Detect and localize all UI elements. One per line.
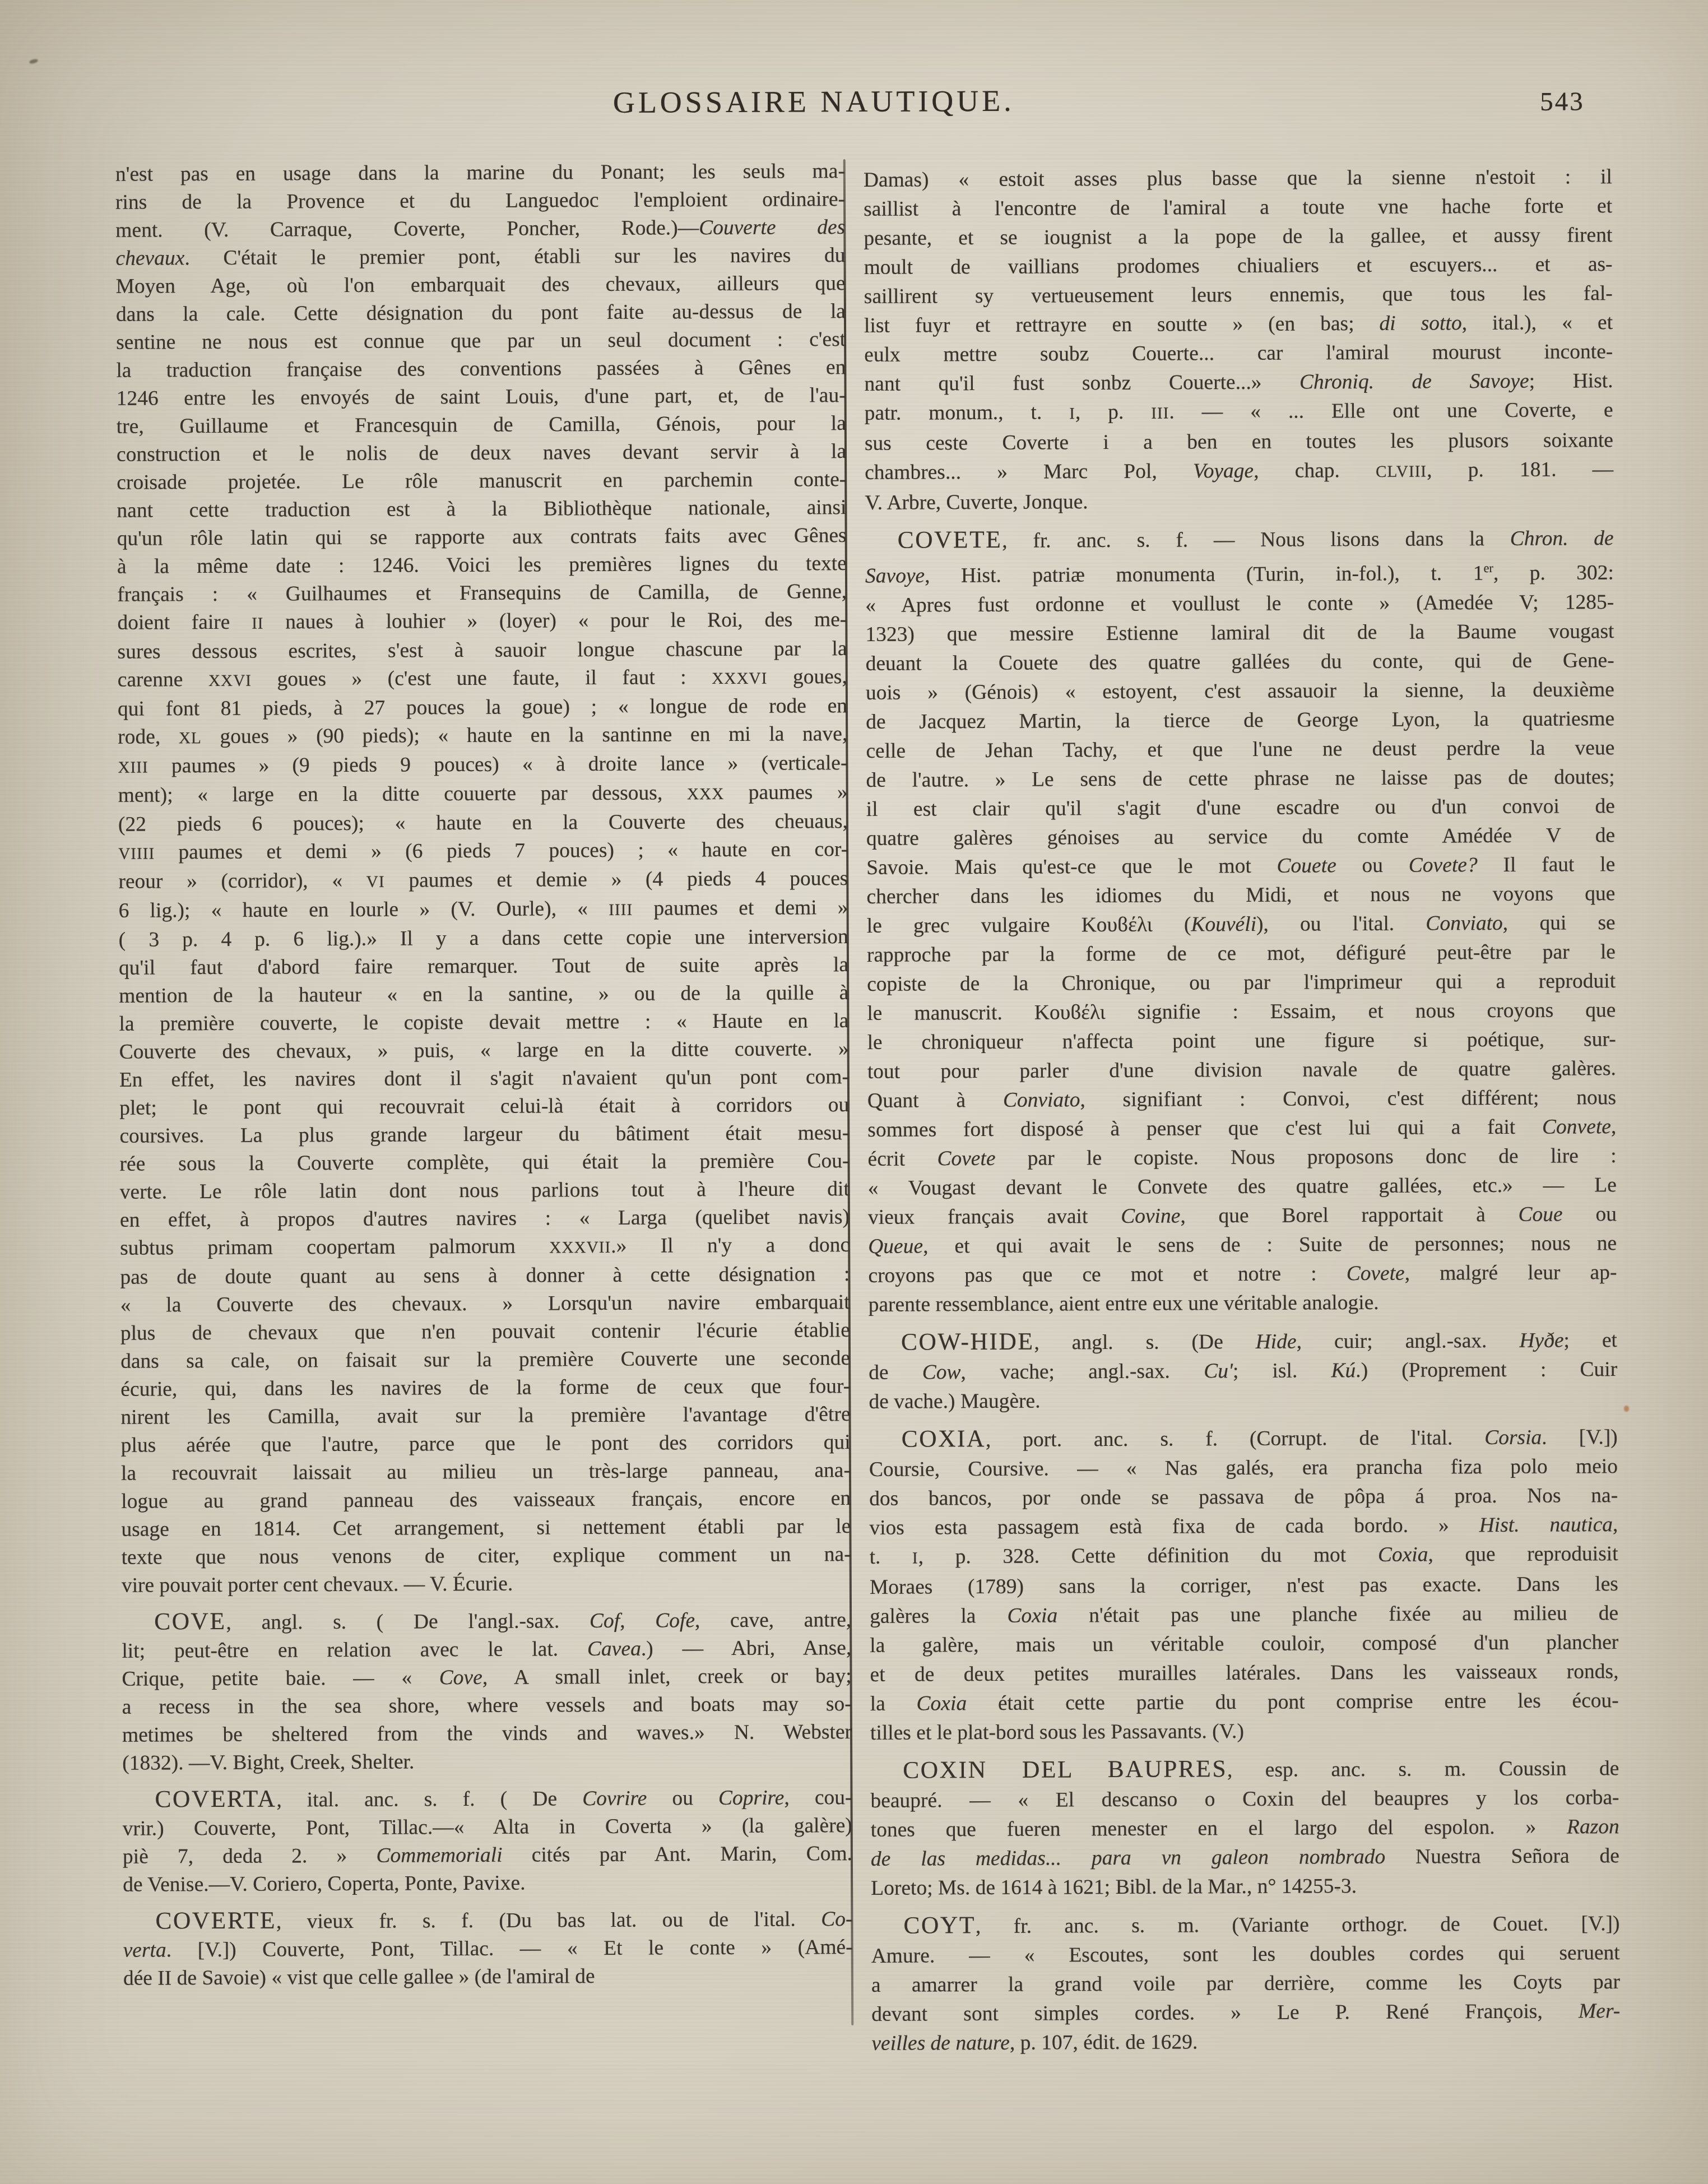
text-line: 6 lig.); « haute en lourle » (V. Ourle),… xyxy=(118,894,848,926)
text-line: de Jacquez Martin, la tierce de George L… xyxy=(866,704,1614,737)
entry-couverte-continuation: n'est pas en usage dans la marine du Pon… xyxy=(115,157,851,1600)
text-line: quatre galères génoises au service du co… xyxy=(866,821,1615,854)
entry-coverte-continuation: Damas) « estoit asses plus basse que la … xyxy=(864,163,1614,518)
text-line: doient faire II naues à louhier » (loyer… xyxy=(117,606,847,638)
text-line: de l'autre. » Le sens de cette phrase ne… xyxy=(866,763,1614,795)
text-line: ( 3 p. 4 p. 6 lig.).» Il y a dans cette … xyxy=(119,923,848,954)
text-line: nirent les Camilla, avait sur la premièr… xyxy=(120,1401,850,1432)
text-line: VIIII paumes et demi » (6 pieds 7 pouces… xyxy=(118,836,848,868)
text-line: (1832). —V. Bight, Creek, Shelter. xyxy=(122,1746,852,1778)
text-line: Amure. — « Escoutes, sont les doubles co… xyxy=(871,1939,1620,1971)
text-line: le grec vulgaire Κουϐέλι (Kouvéli), ou l… xyxy=(867,908,1616,941)
text-line: COVERTA, ital. anc. s. f. ( De Covrire o… xyxy=(122,1782,852,1815)
entry-coverte: COVERTE, vieux fr. s. f. (Du bas lat. ou… xyxy=(123,1904,853,1993)
text-line: la traduction française des conventions … xyxy=(116,354,846,385)
text-line: dans sa cale, on faisait sur la première… xyxy=(120,1344,850,1376)
text-line: dée II de Savoie) « vist que celle galle… xyxy=(123,1962,853,1993)
text-line: de vache.) Maugère. xyxy=(869,1384,1617,1417)
text-line: qu'il faut d'abord faire remarquer. Tout… xyxy=(119,951,848,982)
text-line: verta. [V.]) Couverte, Pont, Tillac. — «… xyxy=(123,1933,853,1965)
text-line: croisade projetée. Le rôle manuscrit en … xyxy=(117,466,846,497)
text-line: vire pouvait porter cent chevaux. — V. É… xyxy=(122,1569,851,1600)
text-line: Couverte des chevaux, » puis, « large en… xyxy=(119,1035,849,1067)
text-line: COVETE, fr. anc. s. f. — Nous lisons dan… xyxy=(865,522,1614,557)
text-line: lit; peut-être en relation avec le lat. … xyxy=(122,1634,851,1666)
text-line: de Cow, vache; angl.-sax. Cu'; isl. Kú.)… xyxy=(869,1355,1617,1388)
text-line: Queue, et qui avait le sens de : Suite d… xyxy=(868,1229,1617,1262)
text-line: nant qu'il fust sonbz Couerte...» Chroni… xyxy=(864,367,1613,399)
text-line: de Venise.—V. Coriero, Coperta, Ponte, P… xyxy=(123,1868,852,1899)
text-line: « Vougast devant le Convete des quatre g… xyxy=(868,1171,1617,1203)
text-line: COW-HIDE, angl. s. (De Hide, cuir; angl.… xyxy=(869,1324,1617,1358)
text-line: la galère, mais un véritable couloir, co… xyxy=(870,1628,1618,1661)
entry-coxia: COXIA, port. anc. s. f. (Corrupt. de l'i… xyxy=(869,1421,1619,1748)
entry-coxin-del-baupres: COXIN DEL BAUPRES, esp. anc. s. m. Couss… xyxy=(870,1752,1619,1903)
text-line: sentine ne nous est connue que par un se… xyxy=(116,326,846,357)
text-line: qui font 81 pieds, à 27 pouces la goue) … xyxy=(118,692,847,724)
text-line: nant cette traduction est à la Bibliothè… xyxy=(117,494,846,525)
scanned-page: GLOSSAIRE NAUTIQUE. 543 n'est pas en usa… xyxy=(0,0,1708,2184)
text-line: plet; le pont qui recouvrait celui-là ét… xyxy=(119,1091,849,1123)
text-line: Savoie. Mais qu'est-ce que le mot Couete… xyxy=(866,850,1615,883)
text-line: a recess in the sea shore, where vessels… xyxy=(122,1690,852,1722)
text-line: subtus primam coopertam palmorum XXXVII.… xyxy=(120,1231,850,1264)
text-line: vrir.) Couverte, Pont, Tillac.—« Alta in… xyxy=(123,1812,852,1843)
text-line: de las medidas... para vn galeon nombrad… xyxy=(871,1842,1619,1874)
text-line: coursives. La plus grande largeur du bât… xyxy=(119,1119,849,1151)
text-line: Quant à Conviato, signifiant : Convoi, c… xyxy=(867,1083,1616,1116)
text-line: sus ceste Coverte i a ben en toutes les … xyxy=(865,426,1613,458)
text-line: usage en 1814. Cet arrangement, si nette… xyxy=(121,1513,851,1544)
text-line: celle de Jehan Tachy, et que l'une ne de… xyxy=(866,734,1614,766)
text-line: écurie, qui, dans les navires de la form… xyxy=(120,1372,850,1404)
text-line: sommes fort disposé à penser que c'est l… xyxy=(867,1112,1616,1145)
text-line: list fuyr et rettrayre en soutte » (en b… xyxy=(864,308,1613,341)
text-line: croyons pas que ce mot et notre : Covete… xyxy=(868,1258,1617,1291)
text-line: tones que fueren menester en el largo de… xyxy=(871,1812,1619,1845)
text-line: qu'un rôle latin qui se rapporte aux con… xyxy=(117,522,847,553)
text-line: Moraes (1789) sans la corriger, n'est pa… xyxy=(870,1570,1618,1602)
text-line: En effet, les navires dont il s'agit n'a… xyxy=(119,1063,849,1095)
text-line: construction et le nolis de deux naves d… xyxy=(117,438,846,469)
text-line: dos bancos, por onde se passava de pôpa … xyxy=(869,1481,1618,1514)
text-line: vieux français avait Covine, que Borel r… xyxy=(868,1200,1617,1232)
text-line: deuant la Couete des quatre gallées du c… xyxy=(866,646,1614,679)
text-line: Loreto; Ms. de 1614 à 1621; Bibl. de la … xyxy=(871,1871,1619,1903)
text-line: il est clair qu'il s'agit d'une escadre … xyxy=(866,792,1615,824)
text-line: Moyen Age, où l'on embarquait des chevau… xyxy=(116,270,846,301)
text-line: verte. Le rôle latin dont nous parlions … xyxy=(120,1175,850,1207)
text-line: metimes be sheltered from the vinds and … xyxy=(122,1718,852,1750)
text-line: chercher dans les idiomes du Midi, et no… xyxy=(866,879,1615,912)
text-line: a amarrer la grand voile par derrière, c… xyxy=(871,1968,1620,2000)
text-line: XIII paumes » (9 pieds 9 pouces) « à dro… xyxy=(118,749,847,782)
text-line: saillirent sy vertueusement leurs ennemi… xyxy=(864,279,1613,312)
text-line: ment. (V. Carraque, Coverte, Poncher, Ro… xyxy=(115,214,845,245)
text-line: rode, XL goues » (90 pieds); « haute en … xyxy=(118,720,847,753)
text-line: n'est pas en usage dans la marine du Pon… xyxy=(115,157,845,189)
text-line: parente ressemblance, aient entre eux un… xyxy=(869,1287,1617,1320)
text-line: dans la cale. Cette désignation du pont … xyxy=(116,298,846,329)
text-line: rapproche par la forme de ce mot, défigu… xyxy=(867,938,1616,970)
text-line: 1323) que messire Estienne lamiral dit d… xyxy=(865,617,1614,650)
text-line: saillist à l'encontre de l'amiral a tout… xyxy=(864,192,1612,224)
text-line: la Coxia était cette partie du pont comp… xyxy=(870,1686,1619,1719)
page-number: 543 xyxy=(1540,86,1585,117)
text-line: plus de chevaux que n'en pouvait conteni… xyxy=(120,1316,850,1348)
text-line: V. Arbre, Cuverte, Jonque. xyxy=(865,485,1613,518)
text-line: sures dessous escrites, s'est à sauoir l… xyxy=(117,635,847,666)
text-line: Crique, petite baie. — « Cove, A small i… xyxy=(122,1662,851,1694)
entry-covete: COVETE, fr. anc. s. f. — Nous lisons dan… xyxy=(865,522,1617,1319)
text-line: français : « Guilhaumes et Fransequins d… xyxy=(117,578,847,609)
text-line: uois » (Génois) « estoyent, c'est assauo… xyxy=(866,675,1614,708)
text-line: « la Couverte des chevaux. » Lorsqu'un n… xyxy=(120,1288,850,1320)
text-line: eulx mettre soubz Couerte... car l'amira… xyxy=(864,337,1613,370)
text-line: (22 pieds 6 pouces); « haute en la Couve… xyxy=(118,808,848,839)
running-title: GLOSSAIRE NAUTIQUE. xyxy=(0,81,1632,123)
text-line: mention de la hauteur « en la santine, »… xyxy=(119,979,848,1010)
text-line: piè 7, deda 2. » Commemoriali cités par … xyxy=(123,1840,852,1871)
text-line: chevaux. C'était le premier pont, établi… xyxy=(115,242,845,273)
page-content: GLOSSAIRE NAUTIQUE. 543 n'est pas en usa… xyxy=(0,0,1708,2184)
text-line: Savoye, Hist. patriæ monumenta (Turin, i… xyxy=(865,553,1614,591)
text-line: la première couverte, le copiste devait … xyxy=(119,1007,848,1038)
text-line: la recouvrait laissait au milieu un très… xyxy=(121,1457,851,1488)
text-line: carenne XXVI goues » (c'est une faute, i… xyxy=(118,663,847,695)
text-line: en effet, à propos d'autres navires : « … xyxy=(120,1203,850,1235)
text-line: Coursie, Coursive. — « Nas galés, era pr… xyxy=(869,1452,1618,1485)
text-line: galères la Coxia n'était pas une planche… xyxy=(870,1599,1618,1631)
text-line: tout pour parler d'une division navale d… xyxy=(867,1054,1616,1087)
text-line: reour » (corridor), « VI paumes et demie… xyxy=(118,865,848,897)
text-line: moult de vaillians prodomes chiualiers e… xyxy=(864,250,1612,282)
entry-cove: COVE, angl. s. ( De l'angl.-sax. Cof, Co… xyxy=(122,1605,852,1778)
text-line: 1246 entre les envoyés de saint Louis, d… xyxy=(116,382,846,413)
text-line: tilles et le plat-bord sous les Passavan… xyxy=(870,1715,1619,1748)
text-line: COXIN DEL BAUPRES, esp. anc. s. m. Couss… xyxy=(870,1752,1619,1787)
text-line: COYT, fr. anc. s. m. (Variante orthogr. … xyxy=(871,1908,1619,1942)
text-line: le manuscrit. Κουϐέλι signifie : Essaim,… xyxy=(867,996,1616,1028)
text-line: pesante, et se iougnist a la pope de la … xyxy=(864,221,1612,253)
text-line: rée sous la Couverte complète, qui était… xyxy=(119,1147,849,1179)
entry-cow-hide: COW-HIDE, angl. s. (De Hide, cuir; angl.… xyxy=(869,1324,1618,1417)
text-line: Damas) « estoit asses plus basse que la … xyxy=(864,163,1612,195)
text-line: COVERTE, vieux fr. s. f. (Du bas lat. ou… xyxy=(123,1904,852,1937)
entry-coyt: COYT, fr. anc. s. m. (Variante orthogr. … xyxy=(871,1908,1620,2058)
text-line: plus aérée que l'autre, parce que le pon… xyxy=(121,1429,851,1460)
text-line: COXIA, port. anc. s. f. (Corrupt. de l'i… xyxy=(869,1421,1618,1455)
text-line: pas de doute quant au sens à donner à ce… xyxy=(120,1260,850,1292)
right-column: Damas) « estoit asses plus basse que la … xyxy=(864,163,1621,2058)
text-line: chambres... » Marc Pol, Voyage, chap. CL… xyxy=(865,455,1613,489)
text-line: écrit Covete par le copiste. Nous propos… xyxy=(867,1142,1616,1174)
text-line: t. I, p. 328. Cette définition du mot Co… xyxy=(870,1540,1618,1573)
text-line: « Apres fust ordonne et voullust le cont… xyxy=(865,588,1614,620)
text-line: et de deux petites murailles latérales. … xyxy=(870,1657,1618,1690)
text-line: beaupré. — « El descanso o Coxin del bea… xyxy=(870,1783,1619,1816)
text-line: le chroniqueur n'affecta point une figur… xyxy=(867,1025,1616,1058)
text-line: devant sont simples cordes. » Le P. René… xyxy=(871,1997,1620,2029)
text-line: patr. monum., t. I, p. III. — « ... Elle… xyxy=(865,396,1613,429)
text-line: texte que nous venons de citer, explique… xyxy=(122,1541,851,1572)
text-line: COVE, angl. s. ( De l'angl.-sax. Cof, Co… xyxy=(122,1605,851,1638)
text-line: ment); « large en la ditte couuerte par … xyxy=(118,778,848,811)
text-line: tre, Guillaume et Francesquin de Camilla… xyxy=(117,410,846,441)
text-line: rins de la Provence et du Languedoc l'em… xyxy=(115,186,845,217)
text-line: vios esta passagem està fixa de cada bor… xyxy=(869,1510,1618,1543)
entry-coverta: COVERTA, ital. anc. s. f. ( De Covrire o… xyxy=(122,1782,852,1899)
text-line: copiste de la Chronique, ou par l'imprim… xyxy=(867,967,1616,999)
text-line: logue au grand panneau des vaisseaux fra… xyxy=(121,1485,851,1516)
text-line: à la même date : 1246. Voici les premièr… xyxy=(117,550,847,581)
left-column: n'est pas en usage dans la marine du Pon… xyxy=(115,157,853,1993)
text-line: veilles de nature, p. 107, édit. de 1629… xyxy=(871,2026,1620,2058)
